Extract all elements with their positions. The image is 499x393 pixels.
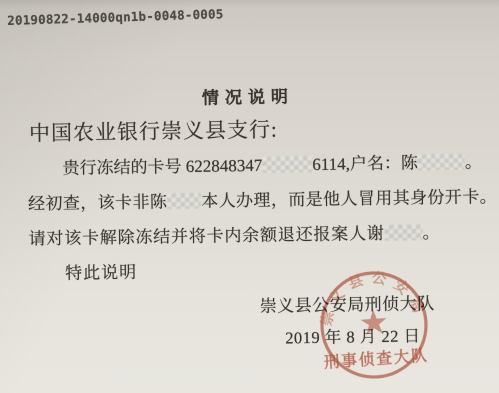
card-info-line: 贵行冻结的卡号 6228483476114,户名：陈。 (62, 147, 482, 179)
redaction-card-number (262, 156, 312, 173)
redaction-reporter-name (384, 224, 422, 241)
request-line: 请对该卡解除冻结并将卡内余额退还报案人谢。 (28, 218, 440, 249)
redaction-holder-name-2 (167, 193, 201, 210)
closing-statement: 特此说明 (65, 258, 137, 284)
document-title: 情况说明 (0, 79, 498, 112)
official-red-seal: 崇义县公安局 ★ 刑事侦查大队 (313, 264, 435, 386)
investigation-suffix: 本人办理，而是他人冒用其身份开卡。 (201, 187, 497, 211)
salutation-line: 中国农业银行崇义县支行: (29, 114, 278, 148)
seal-star-icon: ★ (357, 302, 390, 344)
request-prefix: 请对该卡解除冻结并将卡内余额退还报案人谢 (28, 224, 384, 249)
card-number-suffix-holder: 6114,户名：陈 (312, 153, 418, 174)
request-period: 。 (422, 223, 440, 242)
investigation-line: 经初查，该卡非陈本人办理，而是他人冒用其身份开卡。 (28, 182, 497, 214)
card-number-prefix: 贵行冻结的卡号 622848347 (62, 156, 262, 178)
seal-band-text: 刑事侦查大队 (323, 345, 429, 371)
investigation-prefix: 经初查，该卡非陈 (28, 192, 167, 213)
card-line-period: 。 (465, 152, 482, 171)
redaction-holder-name (418, 154, 465, 171)
scanned-document-page: 20190822-14000qn1b-0048-0005 情况说明 中国农业银行… (0, 0, 499, 393)
